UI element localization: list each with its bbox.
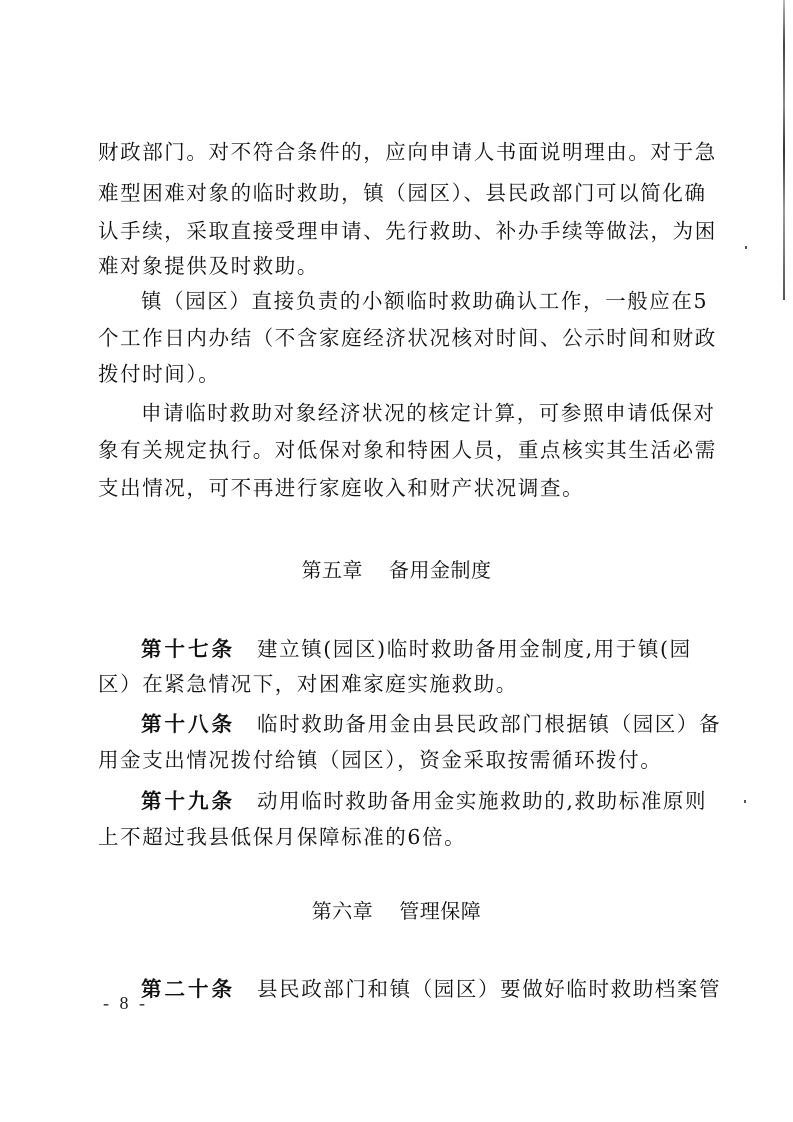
- article-text: 临时救助备用金由县民政部门根据镇（园区）备: [257, 712, 721, 736]
- chapter-number: 第五章: [302, 558, 364, 582]
- article-line: 用金支出情况拨付给镇（园区），资金采取按需循环拨付。: [98, 748, 698, 772]
- article-text: 动用临时救助备用金实施救助的,救助标准原则: [257, 789, 707, 813]
- paragraph-line: 财政部门。对不符合条件的，应向申请人书面说明理由。对于急: [98, 140, 698, 164]
- paragraph-line: 难对象提供及时救助。: [98, 254, 698, 278]
- article-line: 第二十条县民政部门和镇（园区）要做好临时救助档案管: [141, 977, 741, 1001]
- article-line: 区）在紧急情况下，对困难家庭实施救助。: [98, 672, 698, 696]
- paragraph-line: 个工作日内办结（不含家庭经济状况核对时间、公示时间和财政: [98, 326, 698, 350]
- chapter-heading: 第五章备用金制度: [0, 558, 793, 582]
- article-text: 县民政部门和镇（园区）要做好临时救助档案管: [257, 977, 721, 1001]
- chapter-heading: 第六章管理保障: [0, 899, 793, 923]
- article-line: 上不超过我县低保月保障标准的6倍。: [98, 825, 698, 849]
- scan-speck: [744, 800, 746, 803]
- paragraph-line: 申请临时救助对象经济状况的核定计算，可参照申请低保对: [141, 401, 741, 425]
- chapter-title: 管理保障: [399, 899, 481, 923]
- document-page: 财政部门。对不符合条件的，应向申请人书面说明理由。对于急 难型困难对象的临时救助…: [0, 0, 793, 1122]
- paragraph-line: 难型困难对象的临时救助，镇（园区）、县民政部门可以简化确: [98, 181, 698, 205]
- article-line: 第十八条临时救助备用金由县民政部门根据镇（园区）备: [141, 712, 741, 736]
- chapter-number: 第六章: [312, 899, 374, 923]
- article-number: 第十九条: [141, 789, 235, 813]
- paragraph-line: 拨付时间）。: [98, 362, 698, 386]
- paragraph-line: 象有关规定执行。对低保对象和特困人员，重点核实其生活必需: [98, 438, 698, 462]
- scan-edge-line: [783, 0, 785, 300]
- paragraph-line: 支出情况，可不再进行家庭收入和财产状况调查。: [98, 476, 698, 500]
- article-number: 第二十条: [141, 977, 235, 1001]
- article-line: 第十七条建立镇(园区)临时救助备用金制度,用于镇(园: [141, 637, 741, 661]
- article-line: 第十九条动用临时救助备用金实施救助的,救助标准原则: [141, 789, 741, 813]
- article-text: 建立镇(园区)临时救助备用金制度,用于镇(园: [257, 637, 692, 661]
- article-number: 第十七条: [141, 637, 235, 661]
- scan-speck: [745, 246, 747, 249]
- paragraph-line: 认手续，采取直接受理申请、先行救助、补办手续等做法，为困: [98, 219, 698, 243]
- paragraph-line: 镇（园区）直接负责的小额临时救助确认工作，一般应在5: [141, 289, 741, 313]
- chapter-title: 备用金制度: [389, 558, 492, 582]
- article-number: 第十八条: [141, 712, 235, 736]
- page-number: - 8 -: [103, 992, 148, 1014]
